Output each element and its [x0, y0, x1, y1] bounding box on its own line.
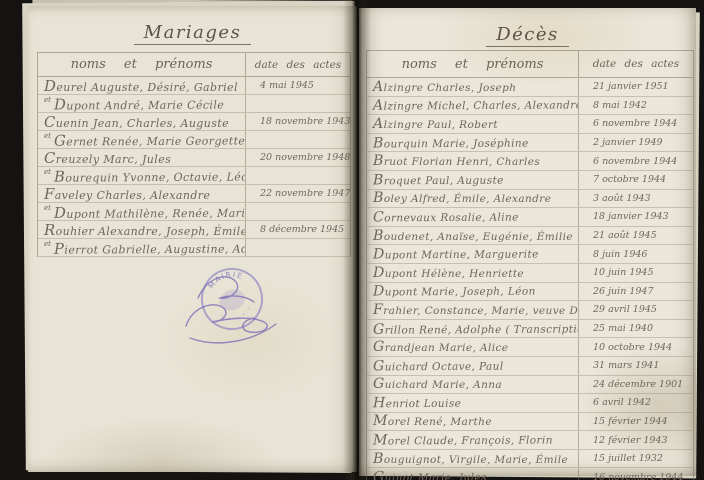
register-row: etDupont Mathilène, Renée, Marie, Cécile… — [38, 203, 350, 221]
register-row: Guichard Marie, Anna24 décembre 1901 — [367, 376, 693, 395]
entry-name: etBourequin Yvonne, Octavie, Léonie — [38, 167, 246, 184]
mariages-table-header: noms et prénoms date des actes — [38, 53, 350, 77]
mayor-signature — [176, 258, 292, 358]
entry-name: Faveley Charles, Alexandre — [38, 185, 246, 202]
register-row: Bouguignot, Virgile, Marie, Émile15 juil… — [367, 450, 693, 469]
entry-name: Grillon René, Adolphe ( Transcription ) — [367, 320, 579, 338]
register-row: Creuzely Marc, Jules20 novembre 1948 — [38, 149, 350, 167]
register-row: Grandjean Marie, Alice10 octobre 1944 — [367, 338, 693, 357]
entry-date: 10 juin 1945 — [579, 264, 693, 282]
register-row: etPierrot Gabrielle, Augustine, Adélaïde — [38, 239, 350, 257]
entry-date: 15 juillet 1932 — [579, 450, 693, 468]
register-row: Alzingre Charles, Joseph21 janvier 1951 — [367, 78, 693, 97]
register-row: Boley Alfred, Émile, Alexandre3 août 194… — [367, 190, 693, 209]
deces-col-date-header: date des actes — [579, 51, 693, 77]
entry-name: Morel Claude, François, Florin — [367, 431, 579, 449]
register-row: Grillon René, Adolphe ( Transcription )2… — [367, 320, 693, 339]
left-page-mariages: Mariages noms et prénoms date des actes … — [28, 6, 357, 472]
entry-date: 16 novembre 1944 — [579, 468, 693, 480]
entry-name: Dupont Martine, Marguerite — [367, 245, 579, 263]
entry-name: Rouhier Alexandre, Joseph, Émile — [38, 221, 246, 238]
entry-name: Guinot Marie, Jules — [367, 468, 579, 480]
entry-date: 26 juin 1947 — [579, 283, 693, 301]
left-page-title: Mariages — [134, 22, 252, 45]
deces-table-header: noms et prénoms date des actes — [367, 51, 693, 78]
entry-name: Frahier, Constance, Marie, veuve Dupont — [367, 301, 579, 319]
mariages-col-noms-header: noms et prénoms — [38, 53, 246, 76]
et-linking-mark: et — [44, 240, 51, 248]
deces-table: noms et prénoms date des actes Alzingre … — [366, 50, 694, 480]
entry-name: Guichard Marie, Anna — [367, 376, 579, 394]
entry-name: Morel René, Marthe — [367, 413, 579, 431]
register-row: Dupont Marie, Joseph, Léon26 juin 1947 — [367, 283, 693, 302]
register-row: Alzingre Michel, Charles, Alexandre8 mai… — [367, 97, 693, 116]
register-row: Boudenet, Anaïse, Eugénie, Émilie21 août… — [367, 227, 693, 246]
entry-name: Henriot Louise — [367, 394, 579, 412]
entry-name: Boley Alfred, Émile, Alexandre — [367, 190, 579, 208]
entry-date: 8 juin 1946 — [579, 245, 693, 263]
register-row: Broquet Paul, Auguste7 octobre 1944 — [367, 171, 693, 190]
entry-date — [246, 167, 350, 184]
entry-date: 29 avril 1945 — [579, 301, 693, 319]
et-linking-mark: et — [44, 132, 51, 140]
entry-date: 31 mars 1941 — [579, 357, 693, 375]
register-row: Rouhier Alexandre, Joseph, Émile8 décemb… — [38, 221, 350, 239]
register-row: Bourquin Marie, Joséphine2 janvier 1949 — [367, 134, 693, 153]
register-row: Dupont Martine, Marguerite8 juin 1946 — [367, 245, 693, 264]
entry-date: 15 février 1944 — [579, 413, 693, 431]
register-row: Henriot Louise6 avril 1942 — [367, 394, 693, 413]
et-linking-mark: et — [44, 168, 51, 176]
register-row: etBourequin Yvonne, Octavie, Léonie — [38, 167, 350, 185]
et-linking-mark: et — [44, 96, 51, 104]
entry-name: etDupont André, Marie Cécile — [38, 95, 246, 112]
scanned-register-spread: Mariages noms et prénoms date des actes … — [0, 0, 704, 480]
mariages-table: noms et prénoms date des actes Deurel Au… — [37, 52, 351, 257]
entry-name: Alzingre Paul, Robert — [367, 115, 579, 133]
entry-date: 22 novembre 1947 — [246, 185, 350, 202]
register-row: Guinot Marie, Jules16 novembre 1944 — [367, 468, 693, 480]
right-page-title: Décès — [486, 24, 569, 47]
entry-date: 21 août 1945 — [579, 227, 693, 245]
entry-name: etGernet Renée, Marie Georgette — [38, 131, 246, 148]
entry-name: etDupont Mathilène, Renée, Marie, Cécile… — [38, 203, 246, 220]
entry-date: 20 novembre 1948 — [246, 149, 350, 166]
entry-date: 4 mai 1945 — [246, 77, 350, 94]
entry-date: 8 décembre 1945 — [246, 221, 350, 238]
entry-name: Creuzely Marc, Jules — [38, 149, 246, 166]
entry-date: 24 décembre 1901 — [579, 376, 693, 394]
entry-date: 18 novembre 1943 — [246, 113, 350, 130]
entry-name: Alzingre Michel, Charles, Alexandre — [367, 97, 579, 115]
entry-name: Dupont Hélène, Henriette — [367, 264, 579, 282]
entry-name: Dupont Marie, Joseph, Léon — [367, 283, 579, 301]
register-row: Dupont Hélène, Henriette10 juin 1945 — [367, 264, 693, 283]
entry-date — [246, 203, 350, 220]
entry-name: Grandjean Marie, Alice — [367, 338, 579, 356]
entry-date: 8 mai 1942 — [579, 97, 693, 115]
deces-rows: Alzingre Charles, Joseph21 janvier 1951A… — [367, 78, 693, 480]
entry-name: etPierrot Gabrielle, Augustine, Adélaïde — [38, 239, 246, 256]
entry-date: 25 mai 1940 — [579, 320, 693, 338]
register-row: Morel René, Marthe15 février 1944 — [367, 413, 693, 432]
entry-name: Guichard Octave, Paul — [367, 357, 579, 375]
entry-date: 6 novembre 1944 — [579, 115, 693, 133]
entry-date — [246, 95, 350, 112]
entry-date: 6 novembre 1944 — [579, 152, 693, 170]
entry-date: 6 avril 1942 — [579, 394, 693, 412]
register-row: Cornevaux Rosalie, Aline18 janvier 1943 — [367, 208, 693, 227]
entry-date: 18 janvier 1943 — [579, 208, 693, 226]
entry-name: Broquet Paul, Auguste — [367, 171, 579, 189]
register-row: Cuenin Jean, Charles, Auguste18 novembre… — [38, 113, 350, 131]
entry-name: Cuenin Jean, Charles, Auguste — [38, 113, 246, 130]
deces-col-noms-header: noms et prénoms — [367, 51, 579, 77]
register-row: Bruot Florian Henri, Charles6 novembre 1… — [367, 152, 693, 171]
entry-name: Boudenet, Anaïse, Eugénie, Émilie — [367, 227, 579, 245]
register-row: Faveley Charles, Alexandre22 novembre 19… — [38, 185, 350, 203]
entry-date: 7 octobre 1944 — [579, 171, 693, 189]
entry-name: Bouguignot, Virgile, Marie, Émile — [367, 450, 579, 468]
entry-date — [246, 131, 350, 148]
register-row: Frahier, Constance, Marie, veuve Dupont2… — [367, 301, 693, 320]
entry-name: Bourquin Marie, Joséphine — [367, 134, 579, 152]
et-linking-mark: et — [44, 204, 51, 212]
entry-date: 21 janvier 1951 — [579, 78, 693, 96]
mariages-col-date-header: date des actes — [246, 53, 350, 76]
entry-date: 12 février 1943 — [579, 431, 693, 449]
entry-name: Alzingre Charles, Joseph — [367, 78, 579, 96]
register-row: etGernet Renée, Marie Georgette — [38, 131, 350, 149]
entry-date: 2 janvier 1949 — [579, 134, 693, 152]
register-row: Morel Claude, François, Florin12 février… — [367, 431, 693, 450]
register-row: Alzingre Paul, Robert6 novembre 1944 — [367, 115, 693, 134]
register-row: etDupont André, Marie Cécile — [38, 95, 350, 113]
entry-name: Deurel Auguste, Désiré, Gabriel — [38, 77, 246, 94]
mariages-rows: Deurel Auguste, Désiré, Gabriel4 mai 194… — [38, 77, 350, 257]
register-row: Guichard Octave, Paul31 mars 1941 — [367, 357, 693, 376]
entry-date: 10 octobre 1944 — [579, 338, 693, 356]
entry-name: Bruot Florian Henri, Charles — [367, 152, 579, 170]
right-page-deces: Décès noms et prénoms date des actes Alz… — [359, 8, 696, 476]
register-row: Deurel Auguste, Désiré, Gabriel4 mai 194… — [38, 77, 350, 95]
entry-name: Cornevaux Rosalie, Aline — [367, 208, 579, 226]
entry-date: 3 août 1943 — [579, 190, 693, 208]
